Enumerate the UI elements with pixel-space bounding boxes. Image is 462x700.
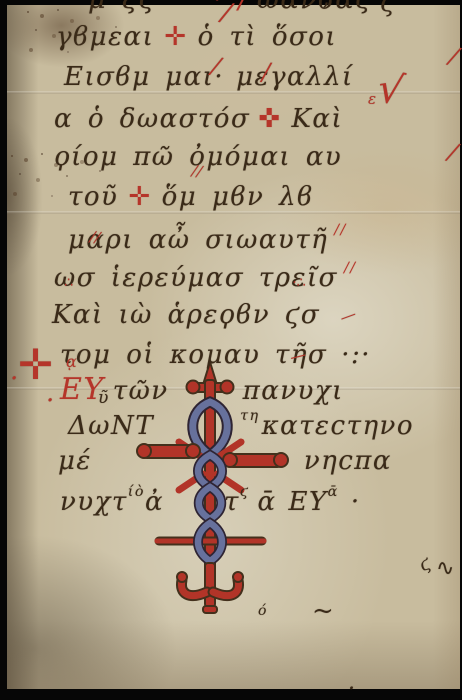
manuscript-photo: { "colors": { "ink": "#3a2a18", "rubric"… xyxy=(0,0,462,700)
pen-squiggle-mark: ϛ xyxy=(417,555,434,576)
rubric-dots-mark: ·∴ xyxy=(292,276,305,290)
ink-run: · xyxy=(351,487,361,517)
ink-run: κατεϲτηνο xyxy=(262,411,414,441)
rubric-check-mark: √ xyxy=(375,68,407,112)
manuscript-text-block: μ ξϛ· ∕ωανϐαϛγϐμεαι✛ὁ τὶ ὅσοιΕισϐμ μαι·μ… xyxy=(0,0,462,700)
rubric-dash-mark: — xyxy=(338,306,359,327)
ink-run: ϛ xyxy=(240,484,250,500)
ink-run: τη xyxy=(240,408,259,424)
rubric-run: ✜ xyxy=(258,104,281,134)
manuscript-text-line: νυχτίὸἀτϛᾱΕΥᾱ· xyxy=(60,484,361,517)
ink-run: τομ οἱ κομαυ τῆσ xyxy=(60,340,327,370)
ink-run: ᾱ xyxy=(328,484,339,500)
top-right-partial-glyph: ϛ xyxy=(380,0,395,16)
manuscript-text-line: μένηϲπα xyxy=(58,446,392,476)
rubric-run: ✛ xyxy=(128,182,151,212)
ink-dot-mark: . xyxy=(348,672,355,694)
ink-run: τοῦ xyxy=(68,182,118,212)
ink-run: μεγαλλί xyxy=(236,62,354,92)
ink-run: ·:· xyxy=(341,340,371,370)
ink-run: ίὸ xyxy=(128,484,145,500)
ink-run: μέ xyxy=(58,446,92,476)
ink-run: μ ξϛ xyxy=(88,0,155,15)
pen-squiggle-mark: ∿ xyxy=(436,558,454,580)
manuscript-text-line: ωσ ἱερεύμασ τρεῖσ∕∕ xyxy=(54,260,357,293)
marginal-cross-icon: ✛ xyxy=(18,344,53,386)
photo-black-frame: μ ξϛ· ∕ωανϐαϛγϐμεαι✛ὁ τὶ ὅσοιΕισϐμ μαι·μ… xyxy=(0,0,462,700)
pen-curl-mark: ό xyxy=(258,604,266,618)
rubric-dash-mark: — xyxy=(288,346,307,365)
ink-run: Εισϐμ μαι· xyxy=(64,62,224,92)
ink-run: ΔωΝΤ xyxy=(68,411,154,441)
ink-run: τ xyxy=(224,487,240,517)
ink-run: ᾱ xyxy=(257,487,276,517)
rubric-dot-mark: · xyxy=(10,366,18,392)
ink-run: πανυχι xyxy=(243,376,344,406)
rubric-double-prime-mark: ∕∕ xyxy=(191,163,203,179)
rubric-curl-mark: ε xyxy=(368,92,376,107)
ink-run: τῶν xyxy=(113,376,169,406)
ink-run: ἀ xyxy=(145,487,164,517)
rubric-double-prime-mark: ∕∕ xyxy=(89,229,101,245)
manuscript-text-line: γϐμεαι✛ὁ τὶ ὅσοι xyxy=(56,22,337,52)
ink-run: νυχτ xyxy=(60,487,128,517)
ink-run: Καὶ ιὼ ἁρεϙϐν ϛσ xyxy=(52,300,320,330)
rubric-slash-mark: ∕ xyxy=(446,139,460,164)
manuscript-text-line: α ὁ δωαστόσ✜Καὶ xyxy=(54,104,343,134)
pen-flick-mark: ~ xyxy=(312,598,334,624)
rubric-run: ∕∕ xyxy=(344,260,357,276)
rubric-slash-mark: ∕ xyxy=(262,60,271,84)
manuscript-text-line: τοῦ✛ὅμ μϐν λϐ xyxy=(68,182,314,212)
ink-run: νηϲπα xyxy=(304,446,392,476)
rubric-dot-mark: · xyxy=(46,388,54,414)
manuscript-text-line: μαρι αὦ σιωαυτῆ∕∕ xyxy=(68,222,347,255)
manuscript-text-line: Καὶ ιὼ ἁρεϙϐν ϛσ xyxy=(52,300,320,330)
ink-run: ΕΥ xyxy=(289,487,328,517)
ink-run: γϐμεαι xyxy=(56,22,154,52)
rubric-run: ✛ xyxy=(164,22,187,52)
rubric-run: ∕∕ xyxy=(334,222,347,238)
ink-run: Καὶ xyxy=(291,104,343,134)
rubric-superscript-mark: ᾳ xyxy=(66,354,77,370)
ink-run: ωανϐαϛ xyxy=(257,0,372,15)
rubric-dots-mark: ∴ xyxy=(64,276,73,290)
ink-run: α ὁ δωαστόσ xyxy=(54,104,250,134)
ink-run: ὅμ μϐν λϐ xyxy=(162,182,314,212)
manuscript-text-line: ΔωΝΤτηκατεϲτηνο xyxy=(68,408,414,441)
ink-run: μαρι αὦ σιωαυτῆ xyxy=(68,225,328,255)
ink-comma-mark: ’ xyxy=(322,2,329,24)
ink-superscript-curl: ῦ xyxy=(98,390,108,407)
manuscript-text-line: τομ οἱ κομαυ τῆσ·:· xyxy=(60,340,371,370)
rubric-slash-mark: ∕ xyxy=(447,43,461,68)
